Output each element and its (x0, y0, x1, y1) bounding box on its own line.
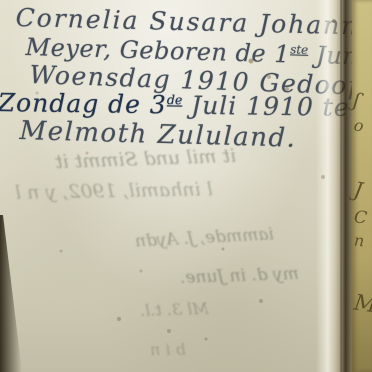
document-photo: it mil und Simmt it l inhamil, 1902, y n… (0, 0, 372, 372)
adjacent-page-letter: J (352, 177, 364, 202)
handwriting-line-4-dark-ink: Zondag de 3 (0, 88, 167, 119)
ink-bleedthrough-line: b i n (150, 340, 186, 359)
ordinal-superscript: de (167, 92, 183, 107)
adjacent-page-letter: M (352, 291, 372, 319)
adjacent-page-letter: C (353, 207, 368, 228)
page-edge-highlight (316, 0, 342, 372)
ink-bleedthrough-line: my d. in June. (180, 264, 299, 288)
adjacent-page-letter: o (353, 115, 365, 135)
adjacent-page-letter: n (353, 231, 365, 251)
ordinal-superscript: ste (290, 42, 308, 56)
ink-bleedthrough-line: Ml 3. t.l. (140, 299, 209, 320)
ink-bleedthrough-line: l inhamil, 1902, y n l (15, 178, 213, 203)
adjacent-page-letter: ʃ (351, 88, 362, 113)
adjacent-page-edge: ʃ o J C n M (352, 0, 372, 372)
page-gutter-shadow (340, 0, 352, 372)
